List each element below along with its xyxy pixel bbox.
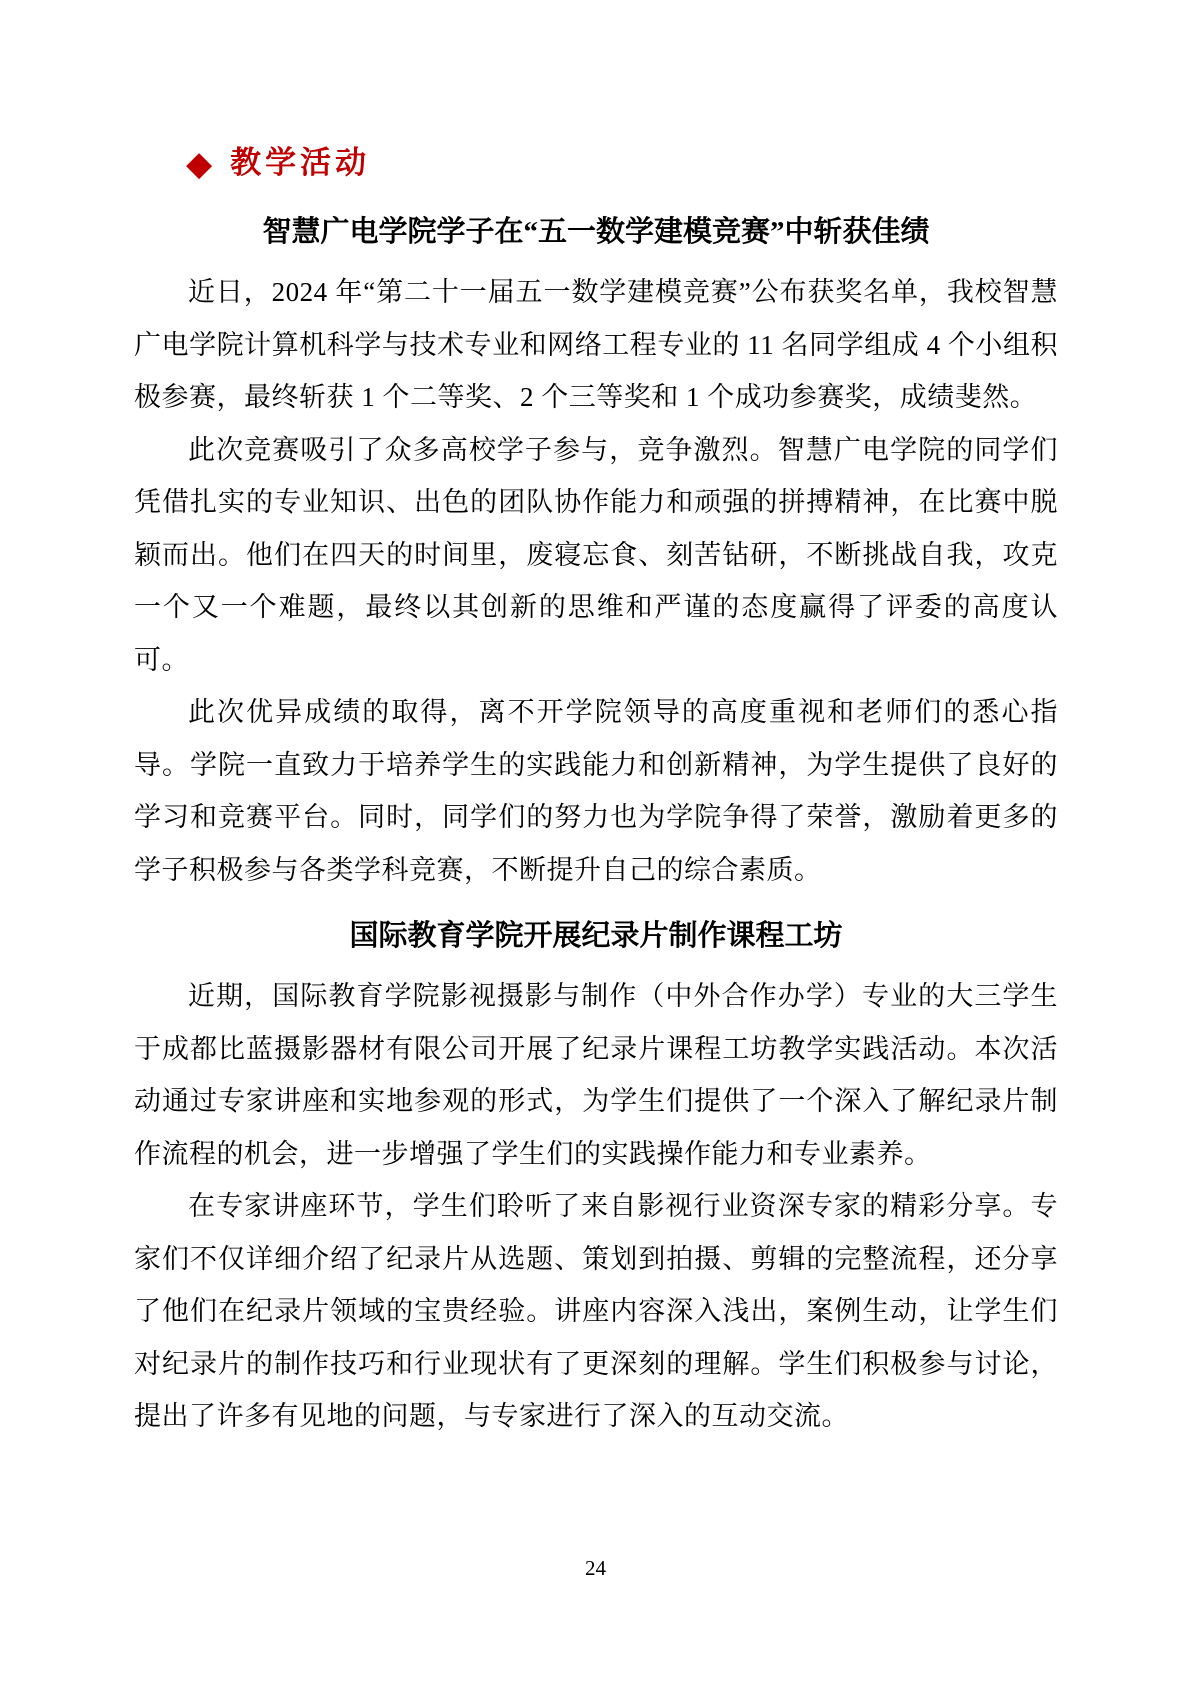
article-1-title: 智慧广电学院学子在“五一数学建模竞赛”中斩获佳绩 [134, 206, 1058, 258]
section-header: ◆教学活动 [186, 138, 1058, 190]
article-1-paragraph-2: 此次竞赛吸引了众多高校学子参与，竞争激烈。智慧广电学院的同学们凭借扎实的专业知识… [134, 424, 1058, 687]
section-header-label: 教学活动 [230, 145, 370, 180]
page-number: 24 [0, 1556, 1191, 1581]
article-2-paragraph-1: 近期，国际教育学院影视摄影与制作（中外合作办学）专业的大三学生于成都比蓝摄影器材… [134, 970, 1058, 1180]
page-content: ◆教学活动 智慧广电学院学子在“五一数学建模竞赛”中斩获佳绩 近日，2024 年… [134, 138, 1058, 1443]
article-2-paragraph-2: 在专家讲座环节，学生们聆听了来自影视行业资深专家的精彩分享。专家们不仅详细介绍了… [134, 1180, 1058, 1443]
article-2-title: 国际教育学院开展纪录片制作课程工坊 [134, 910, 1058, 962]
document-page: ◆教学活动 智慧广电学院学子在“五一数学建模竞赛”中斩获佳绩 近日，2024 年… [0, 0, 1191, 1684]
article-1-paragraph-1: 近日，2024 年“第二十一届五一数学建模竞赛”公布获奖名单，我校智慧广电学院计… [134, 266, 1058, 424]
article-1: 智慧广电学院学子在“五一数学建模竞赛”中斩获佳绩 近日，2024 年“第二十一届… [134, 206, 1058, 896]
diamond-icon: ◆ [186, 146, 216, 183]
article-2: 国际教育学院开展纪录片制作课程工坊 近期，国际教育学院影视摄影与制作（中外合作办… [134, 910, 1058, 1443]
article-1-paragraph-3: 此次优异成绩的取得，离不开学院领导的高度重视和老师们的悉心指导。学院一直致力于培… [134, 686, 1058, 896]
